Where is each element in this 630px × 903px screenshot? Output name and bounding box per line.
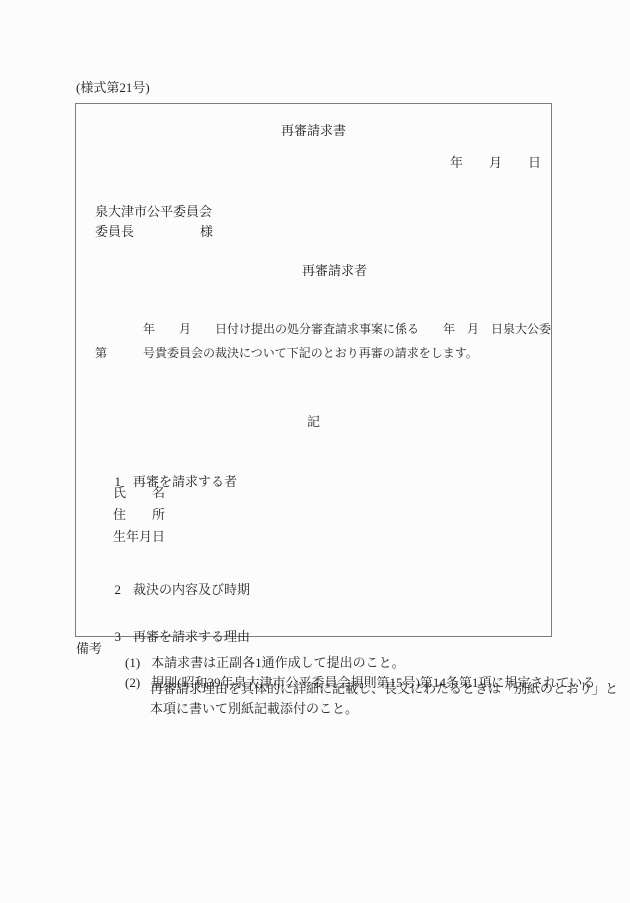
document-page: (様式第21号) 再審請求書 年 月 日 泉大津市公平委員会 委員長 様 再審請… [0, 0, 630, 903]
honorific-label: 様 [200, 225, 213, 239]
item-2-row: 2裁決の内容及び時期 [95, 569, 250, 612]
item-2-number: 2 [115, 582, 122, 597]
date-line: 年 月 日 [450, 156, 541, 170]
body-paragraph-line1: 年 月 日付け提出の処分審査請求事案に係る 年 月 日泉大公委 [95, 323, 551, 336]
notes-heading: 備考 [76, 642, 102, 656]
note-2-number: (2) [125, 675, 140, 690]
note-2-text-line3: 本項に書いて別紙記載添付のこと。 [150, 702, 358, 716]
field-name-label: 氏 名 [113, 486, 165, 500]
form-title: 再審請求書 [76, 124, 551, 138]
addressee-organization: 泉大津市公平委員会 [95, 205, 212, 219]
record-heading: 記 [76, 415, 551, 429]
note-2-text-line2: 再審請求理由を具体的に詳細に記載し、長文にわたるときは「別紙のとおり」と [150, 682, 618, 696]
field-birthdate-label: 生年月日 [113, 530, 165, 544]
requester-label: 再審請求者 [302, 264, 367, 278]
body-paragraph-line2: 第 号貴委員会の裁決について下記のとおり再審の請求をします。 [95, 347, 478, 360]
chairperson-label: 委員長 [95, 225, 134, 239]
field-address-label: 住 所 [113, 508, 165, 522]
request-form-box: 再審請求書 年 月 日 泉大津市公平委員会 委員長 様 再審請求者 年 月 日付… [75, 103, 552, 637]
item-2-label: 裁決の内容及び時期 [133, 582, 250, 597]
form-number-label: (様式第21号) [76, 81, 150, 95]
